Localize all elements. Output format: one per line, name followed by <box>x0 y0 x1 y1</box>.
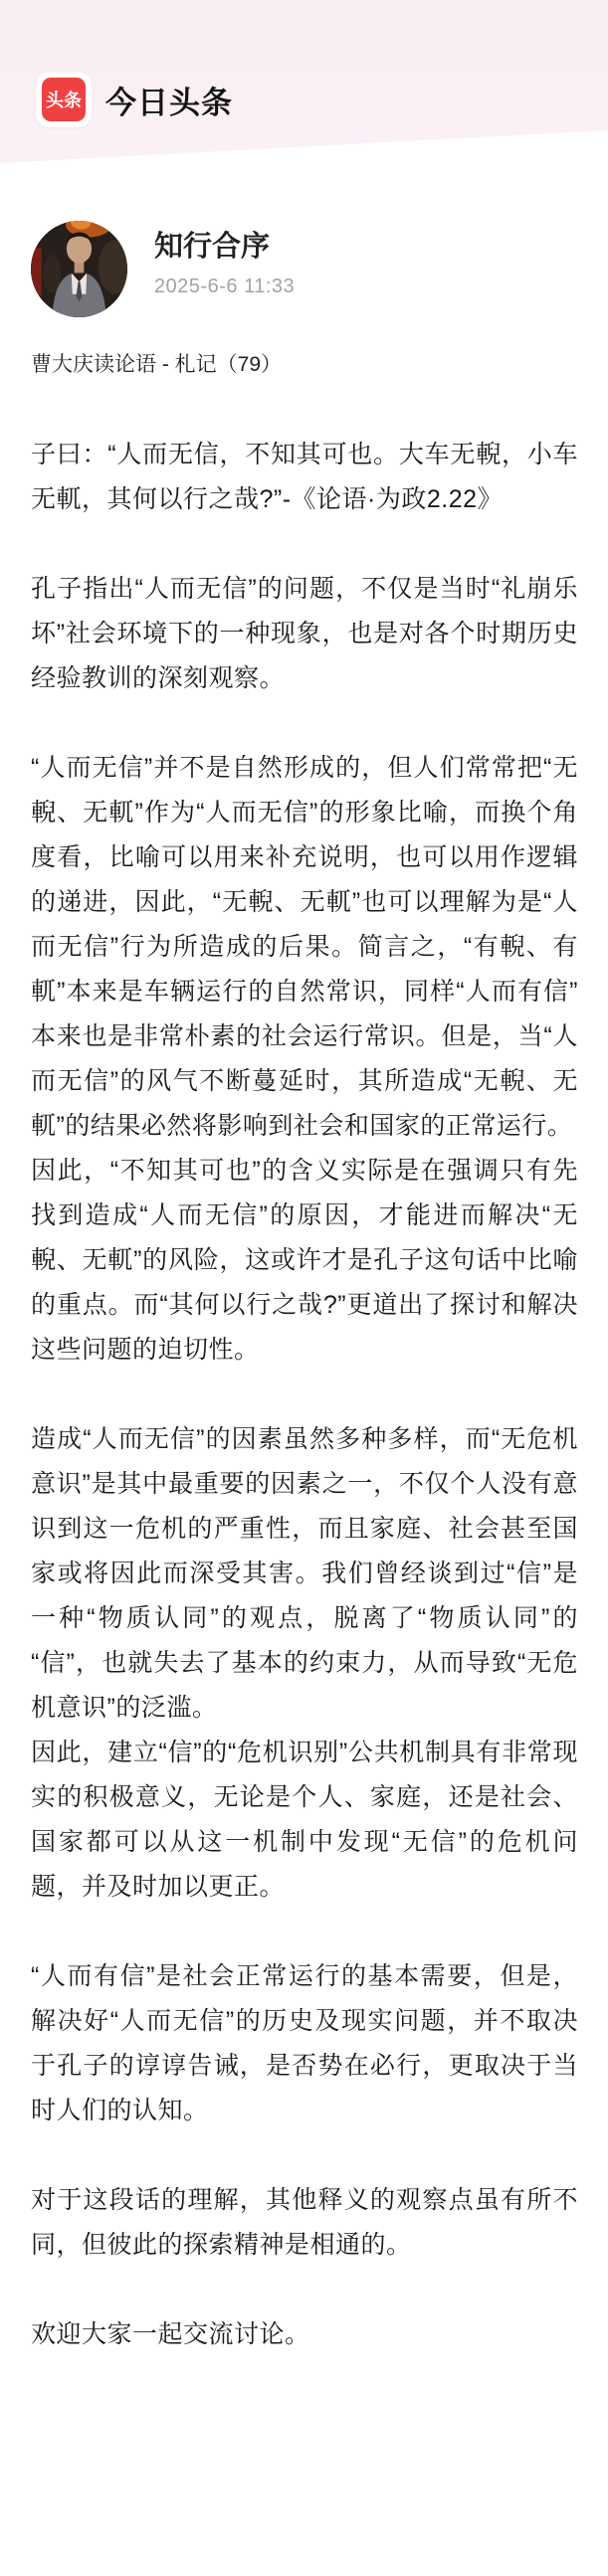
paragraph-closing: 欢迎大家一起交流讨论。 <box>31 2312 578 2357</box>
toutiao-article-page: 头条 今日头条 <box>0 0 608 2576</box>
hero-header: 头条 今日头条 <box>0 0 608 163</box>
paragraph: 孔子指出“人而无信”的问题，不仅是当时“礼崩乐坏”社会环境下的一种现象，也是对各… <box>31 567 578 701</box>
paragraph: “人而有信”是社会正常运行的基本需要，但是，解决好“人而无信”的历史及现实问题，… <box>31 1954 578 2133</box>
paragraph: 对于这段话的理解，其他释义的观察点虽有所不同，但彼此的探索精神是相通的。 <box>31 2178 578 2268</box>
toutiao-brand-logo[interactable]: 头条 今日头条 <box>36 72 233 127</box>
author-profile: 知行合序 2025-6-6 11:33 <box>31 221 578 317</box>
article-title: 曹大庆读论语 - 札记（79） <box>31 350 578 380</box>
article-content: 知行合序 2025-6-6 11:33 曹大庆读论语 - 札记（79） 子曰：“… <box>0 221 608 2442</box>
brand-name: 今日头条 <box>105 78 233 122</box>
author-info: 知行合序 2025-6-6 11:33 <box>154 221 295 317</box>
avatar-photo-icon <box>31 221 127 317</box>
paragraph: 造成“人而无信”的因素虽然多种多样，而“无危机意识”是其中最重要的因素之一，不仅… <box>31 1417 578 1910</box>
post-date: 2025-6-6 11:33 <box>154 276 295 298</box>
paragraph-quote: 子曰：“人而无信，不知其可也。大车无輗，小车无軏，其何以行之哉?”-《论语·为政… <box>31 433 578 522</box>
author-avatar[interactable] <box>31 221 127 317</box>
author-name[interactable]: 知行合序 <box>154 230 295 265</box>
toutiao-badge-icon: 头条 <box>42 78 86 121</box>
bottom-padding <box>31 2357 578 2442</box>
toutiao-app-icon: 头条 <box>36 72 92 127</box>
article-body: 子曰：“人而无信，不知其可也。大车无輗，小车无軏，其何以行之哉?”-《论语·为政… <box>31 433 578 2357</box>
paragraph: “人而无信”并不是自然形成的，但人们常常把“无輗、无軏”作为“人而无信”的形象比… <box>31 746 578 1373</box>
